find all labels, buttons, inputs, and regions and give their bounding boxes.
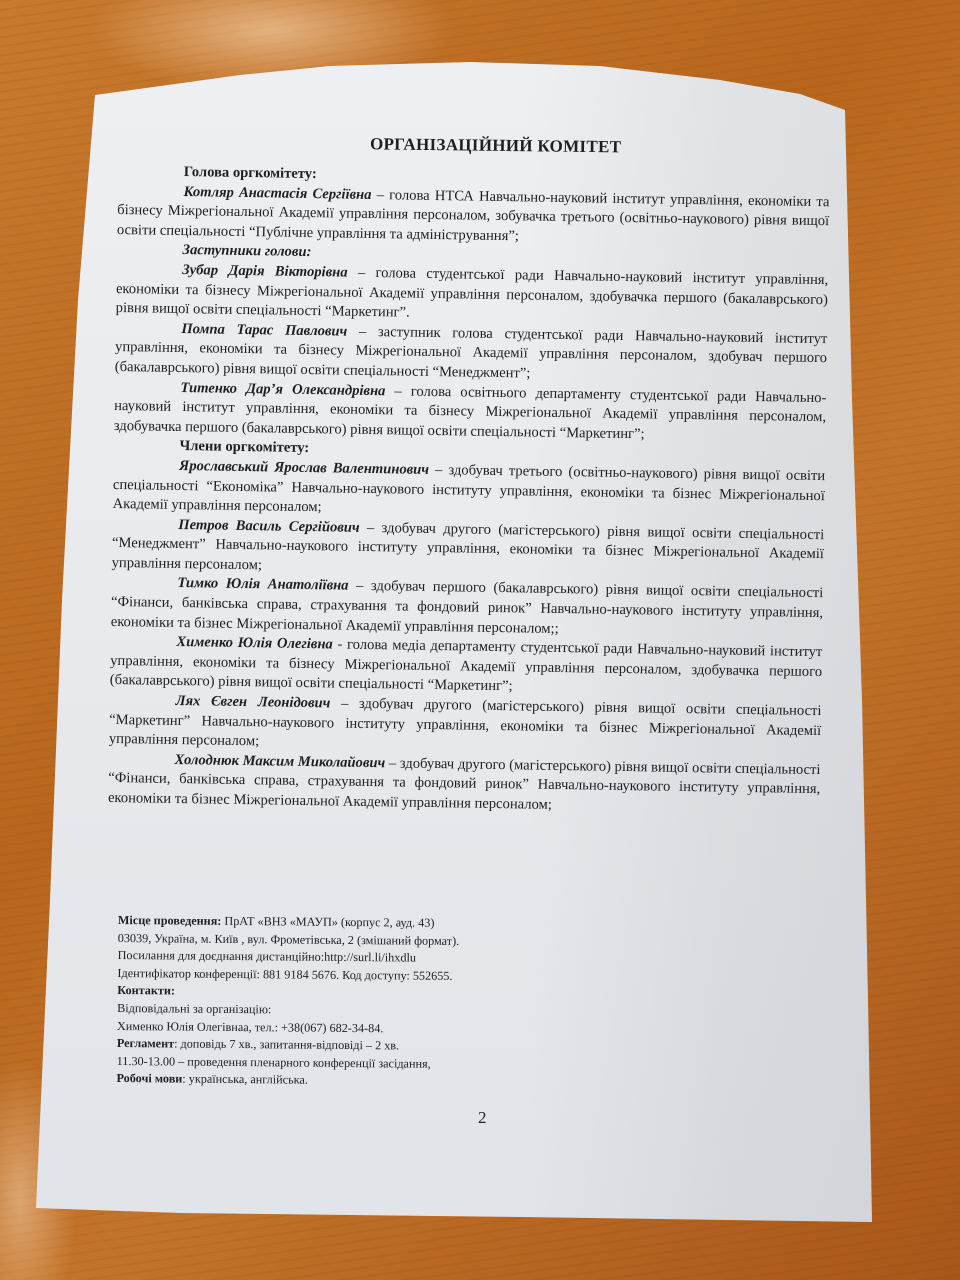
person-name: Холоднюк Максим Миколайович: [174, 752, 385, 771]
member-entry: Петров Василь Сергійович – здобувач друг…: [112, 515, 825, 585]
remote-link-label: Посилання для доєднання дистанційно:: [118, 948, 325, 964]
page-content: ОРГАНІЗАЦІЙНИЙ КОМІТЕТ Голова оргкомітет…: [0, 0, 960, 1280]
person-name: Ярославський Ярослав Валентинович: [179, 458, 429, 478]
deputy-entry: Титенко Дар’я Олександрівна – голова осв…: [114, 378, 827, 448]
event-info: Місце проведення: ПрАТ «ВНЗ «МАУП» (корп…: [116, 912, 558, 1092]
page-number: 2: [478, 1108, 487, 1128]
schedule-value: : доповідь 7 хв., запитання-відповіді – …: [174, 1037, 399, 1053]
person-name: Титенко Дар’я Олександрівна: [180, 380, 385, 399]
member-entry: Лях Євген Леонідович – здобувач другого …: [109, 691, 822, 761]
languages-label: Робочі мови: [116, 1071, 182, 1086]
remote-link[interactable]: http://surl.li/ihxdlu: [324, 950, 416, 965]
person-name: Котляр Анастасія Сергіївна: [183, 184, 371, 203]
member-entry: Холоднюк Максим Миколайович – здобувач д…: [108, 750, 821, 820]
person-name: Лях Євген Леонідович: [175, 693, 330, 711]
schedule-label: Регламент: [117, 1036, 174, 1050]
languages-value: : українська, англійська.: [182, 1072, 308, 1087]
person-name: Хименко Юлія Олегівна: [176, 634, 333, 652]
deputy-entry: Помпа Тарас Павлович – заступник голова …: [115, 319, 828, 389]
member-entry: Хименко Юлія Олегівна - голова медіа деп…: [110, 632, 823, 702]
languages-line: Робочі мови: українська, англійська.: [116, 1070, 556, 1091]
person-name: Тимко Юлія Анатоліївна: [177, 575, 348, 594]
person-name: Петров Василь Сергійович: [178, 517, 360, 536]
committee-list: Голова оргкомітету: Котляр Анастасія Сер…: [108, 162, 830, 820]
deputy-entry: Зубар Дарія Вікторівна – голова студентс…: [116, 260, 829, 330]
venue-label: Місце проведення:: [118, 913, 222, 928]
person-name: Зубар Дарія Вікторівна: [182, 262, 348, 281]
venue-value: ПрАТ «ВНЗ «МАУП» (корпус 2, ауд. 43): [221, 914, 434, 930]
person-name: Помпа Тарас Павлович: [181, 321, 347, 340]
page-title: ОРГАНІЗАЦІЙНИЙ КОМІТЕТ: [370, 134, 650, 157]
member-entry: Ярославський Ярослав Валентинович – здоб…: [112, 456, 825, 526]
